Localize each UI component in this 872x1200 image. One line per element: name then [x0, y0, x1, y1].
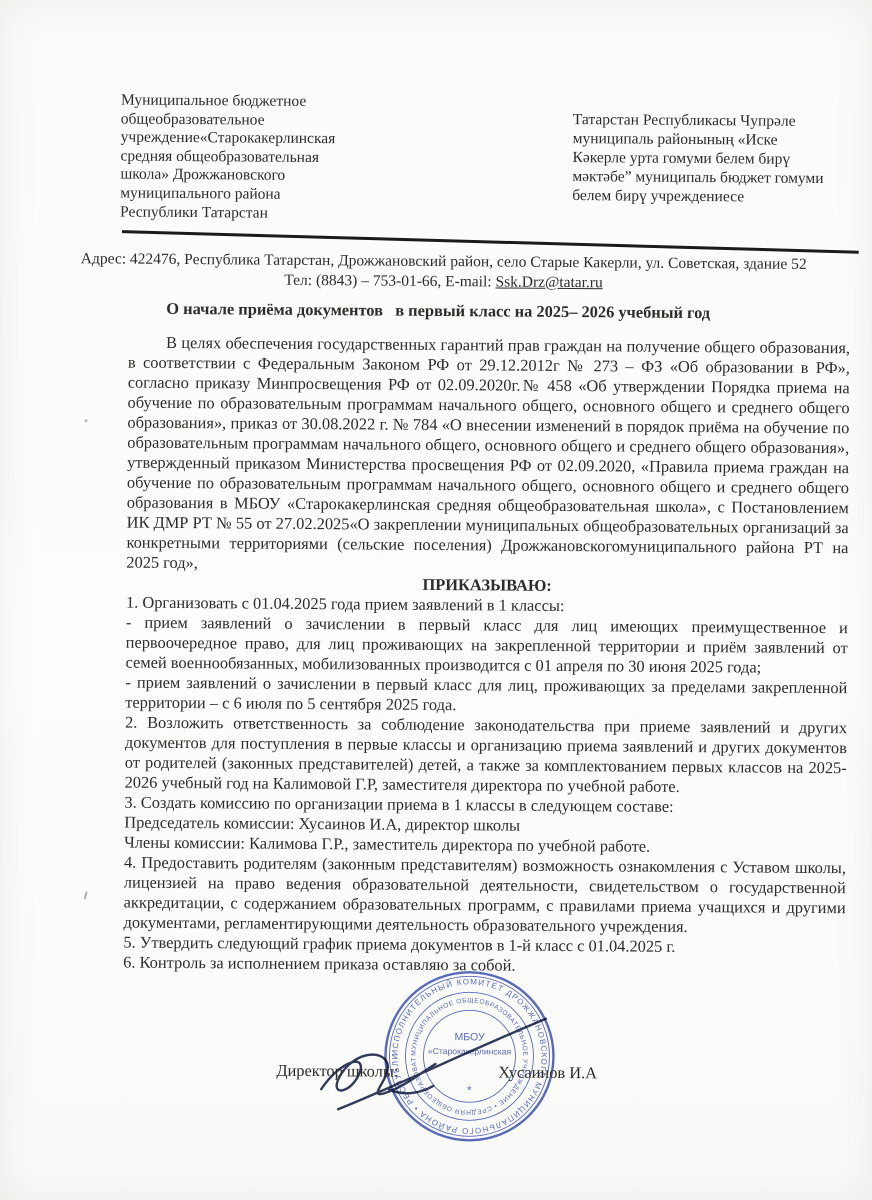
- org-name-russian-line: Муниципальное бюджетное: [121, 92, 371, 113]
- order-item: - прием заявлений о зачислении в первый …: [125, 673, 847, 719]
- org-name-russian-line: муниципального района: [120, 184, 370, 205]
- org-name-tatar: Татарстан Республикасы Чупрәле муниципал…: [572, 110, 865, 207]
- document-title: О начале приёма документов в первый клас…: [128, 299, 850, 325]
- org-name-tatar-line: Татарстан Республикасы Чупрәле: [573, 110, 865, 131]
- document-sheet: Муниципальное бюджетное общеобразователь…: [0, 0, 872, 1200]
- email-link[interactable]: Ssk.Drz@tatar.ru: [495, 273, 602, 291]
- org-name-tatar-line: Кәкерле урта гомуми белем бирү: [572, 148, 864, 169]
- signatory-name: Хусаинов И.А: [498, 1063, 597, 1084]
- org-name-russian: Муниципальное бюджетное общеобразователь…: [120, 92, 371, 224]
- org-name-russian-line: общеобразовательное: [121, 110, 371, 131]
- signature-row: Директор школы: Хусаинов И.А: [0, 1059, 867, 1092]
- signature-label: Директор школы:: [276, 1061, 398, 1082]
- org-name-russian-line: Республики Татарстан: [120, 203, 370, 224]
- org-name-tatar-line: мәктәбе” муниципаль бюджет гомуми: [572, 167, 864, 188]
- org-name-tatar-line: муниципаль районының «Иске: [573, 129, 865, 150]
- order-item: - прием заявлений о зачислении в первый …: [125, 613, 847, 679]
- address-block: Адрес: 422476, Республика Татарстан, Дро…: [57, 249, 829, 295]
- org-name-russian-line: школа» Дрожжановского: [120, 166, 370, 187]
- org-name-russian-line: учреждение«Старокакерлинская: [121, 129, 371, 150]
- org-name-russian-line: средняя общеобразовательная: [120, 147, 370, 168]
- preamble-paragraph: В целях обеспечения государственных гара…: [126, 333, 850, 579]
- order-item: 2. Возложить ответственность за соблюден…: [125, 713, 848, 799]
- order-item: 4. Предоставить родителям (законным пред…: [123, 853, 846, 939]
- order-body: О начале приёма документов в первый клас…: [123, 299, 850, 979]
- scan-speck: [84, 891, 88, 899]
- scanned-order-document: Муниципальное бюджетное общеобразователь…: [0, 0, 872, 1200]
- phone-text: Тел: (8843) – 753-01-66, E-mail:: [284, 272, 495, 291]
- scan-speck: [84, 419, 87, 422]
- org-name-tatar-line: белем бирү учреждениесе: [572, 186, 864, 207]
